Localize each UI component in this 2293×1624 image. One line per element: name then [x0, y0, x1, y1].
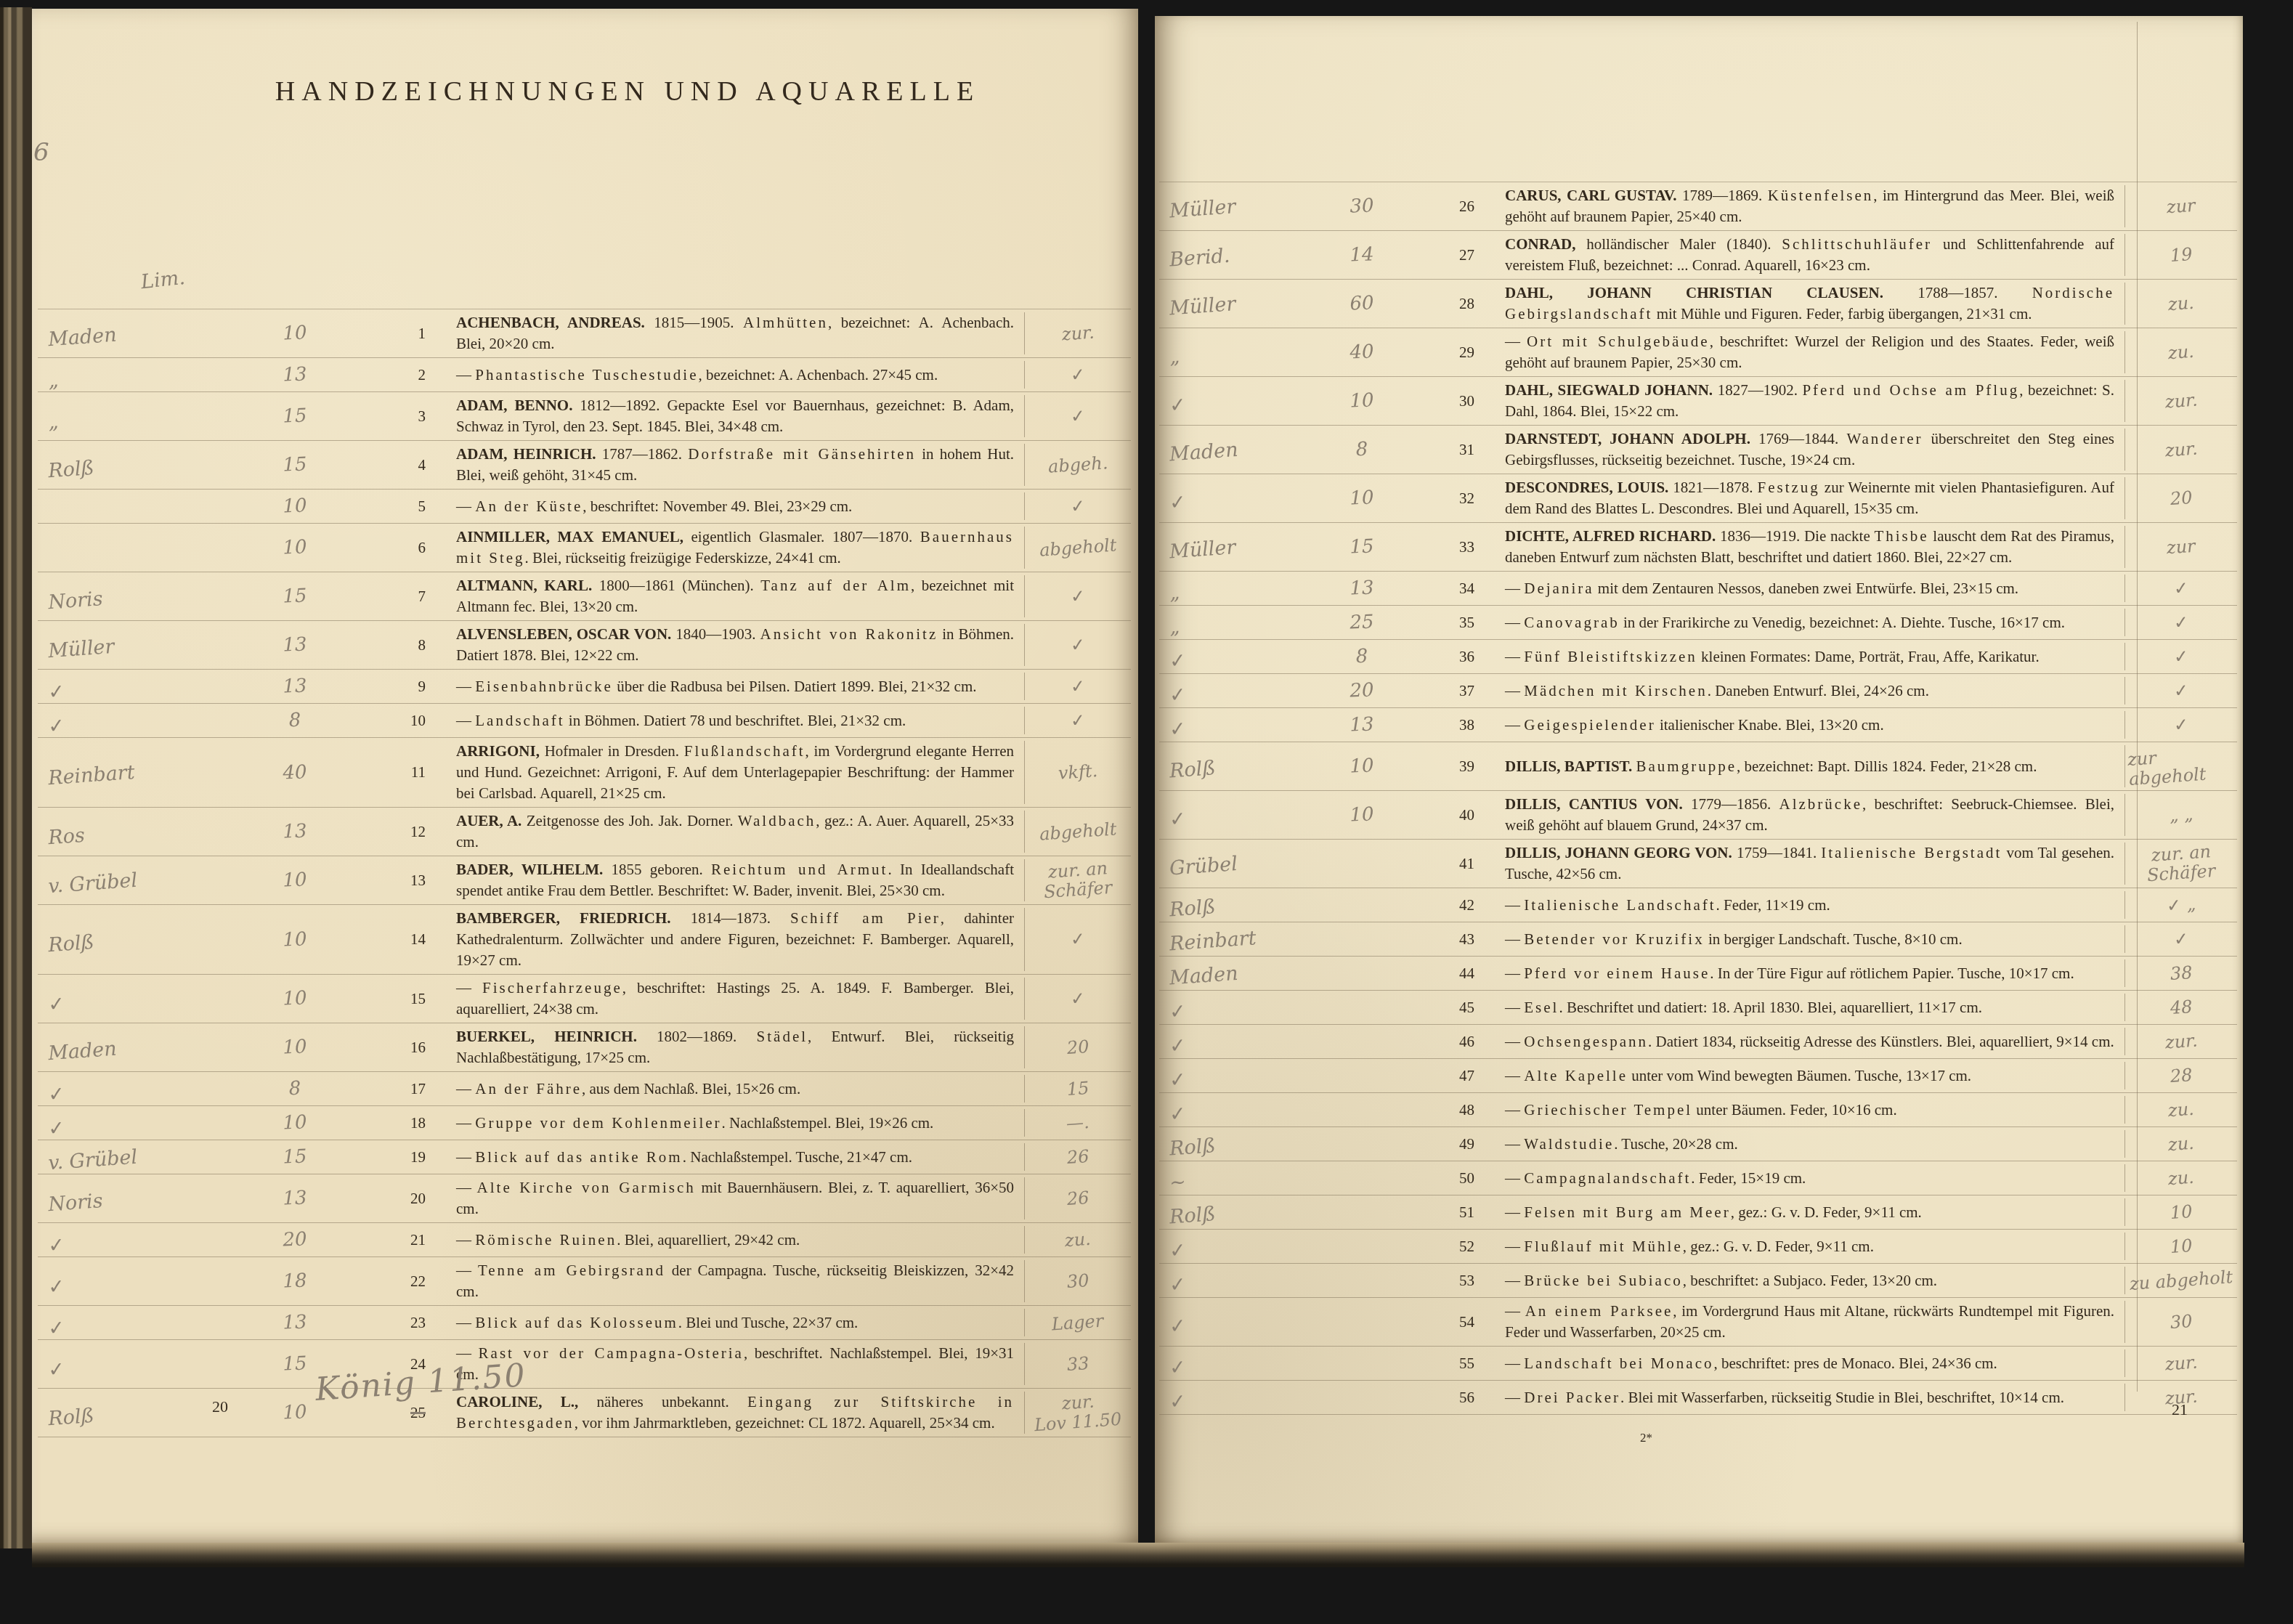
margin-note: 10	[2124, 1198, 2237, 1226]
catalog-entry-row: ✓ 10 18 — Gruppe vor dem Kohlenmeiler. N…	[38, 1106, 1131, 1140]
margin-buyer-name: „	[37, 357, 230, 392]
entry-text: DAHL, SIEGWALD JOHANN. 1827—1902. Pferd …	[1483, 380, 2124, 422]
margin-note-line1: zu.	[2167, 293, 2195, 314]
margin-buyer-name: Maden	[37, 1029, 230, 1065]
margin-price	[1315, 862, 1409, 866]
entry-text: — An einem Parksee, im Vordergrund Haus …	[1483, 1301, 2124, 1343]
entry-number: 18	[360, 1114, 434, 1132]
margin-note-line1: ✓	[2173, 578, 2189, 598]
catalog-entry-row: 10 6 AINMILLER, MAX EMANUEL, eigentlich …	[38, 524, 1131, 572]
margin-price: 8	[230, 1076, 361, 1102]
margin-price: 10	[230, 867, 361, 893]
entry-text: — An der Küste, beschriftet: November 49…	[434, 496, 1024, 517]
margin-note: zur	[2124, 185, 2237, 227]
printer-signature-mark: 2*	[1640, 1431, 1652, 1445]
entry-number: 20	[360, 1190, 434, 1208]
entry-number: 3	[360, 407, 434, 426]
catalog-entry-row: Maden 8 31 DARNSTEDT, JOHANN ADOLPH. 176…	[1159, 426, 2237, 474]
margin-note: 28	[2124, 1062, 2237, 1089]
margin-price	[1315, 1320, 1409, 1324]
margin-buyer-name: Rolß	[37, 1394, 230, 1430]
entry-number: 42	[1409, 896, 1483, 914]
entry-number: 37	[1409, 682, 1483, 700]
margin-note-line1: 48	[2170, 996, 2193, 1018]
margin-price: 8	[1315, 437, 1410, 463]
margin-note-line1: ✓	[2173, 715, 2189, 735]
margin-buyer-name: v. Grübel	[37, 862, 230, 898]
catalog-entry-row: ✓ 53 — Brücke bei Subiaco, beschriftet: …	[1159, 1264, 2237, 1298]
catalog-entry-row: Maden 44 — Pferd vor einem Hause. In der…	[1159, 957, 2237, 991]
entry-number: 10	[360, 712, 434, 730]
entry-number: 4	[360, 456, 434, 474]
margin-price: 25	[1315, 610, 1410, 636]
catalog-entry-row: „ 13 2 — Phantastische Tuschestudie, bez…	[38, 358, 1131, 392]
entry-text: — Flußlauf mit Mühle, gez.: G. v. D. Fed…	[1483, 1236, 2124, 1257]
margin-price: 10	[1315, 754, 1410, 779]
entry-text: ARRIGONI, Hofmaler in Dresden. Flußlands…	[434, 741, 1024, 804]
catalog-entry-row: ✓ 46 — Ochsengespann. Datiert 1834, rück…	[1159, 1025, 2237, 1059]
margin-note-line1: 26	[1066, 1146, 1089, 1167]
entry-text: — Campagnalandschaft. Feder, 15×19 cm.	[1483, 1168, 2124, 1189]
margin-note-line1: ✓	[2173, 681, 2189, 701]
margin-note: zu.	[2124, 283, 2237, 325]
margin-buyer-name: Rolß	[1158, 1195, 1315, 1229]
margin-price: 15	[230, 583, 361, 609]
margin-note: ✓	[1024, 492, 1131, 520]
catalog-entry-row: ✓ 48 — Griechischer Tempel unter Bäumen.…	[1159, 1093, 2237, 1127]
catalog-entry-row: „ 40 29 — Ort mit Schulgebäude, beschrif…	[1159, 328, 2237, 377]
entry-text: DILLIS, BAPTIST. Baumgruppe, bezeichnet:…	[1483, 756, 2124, 777]
catalog-entry-row: „ 13 34 — Dejanira mit dem Zentauren Nes…	[1159, 572, 2237, 606]
margin-buyer-name: ✓	[1158, 1093, 1315, 1126]
margin-buyer-name: Ros	[37, 813, 230, 849]
margin-note-line1: ✓	[2173, 929, 2189, 949]
margin-buyer-name: ✓	[37, 1263, 230, 1299]
entry-number: 15	[360, 990, 434, 1008]
margin-buyer-name: „	[37, 398, 230, 434]
margin-note-line1: zur.	[1061, 322, 1095, 344]
margin-note: ✓	[1024, 624, 1131, 666]
margin-note-line1: zu.	[1064, 1229, 1092, 1250]
margin-buyer-name: ~	[1158, 1161, 1315, 1195]
margin-buyer-name: Maden	[1158, 957, 1315, 990]
entry-number: 9	[360, 678, 434, 696]
margin-note: ✓	[2124, 677, 2237, 705]
margin-note-line1: 19	[2170, 244, 2193, 265]
margin-price: 14	[1315, 243, 1410, 268]
margin-price	[1315, 1245, 1409, 1249]
entry-number: 39	[1409, 758, 1483, 776]
entry-text: — Alte Kapelle unter vom Wind bewegten B…	[1483, 1065, 2124, 1087]
entry-number: 8	[360, 636, 434, 654]
margin-buyer-name: ✓	[37, 668, 230, 704]
margin-buyer-name: Müller	[37, 627, 230, 662]
catalog-entry-row: ✓ 18 22 — Tenne am Gebirgsrand der Campa…	[38, 1257, 1131, 1306]
margin-note-line1: 30	[2170, 1311, 2193, 1332]
entry-number: 55	[1409, 1355, 1483, 1373]
margin-note: 33	[1024, 1343, 1131, 1385]
margin-buyer-name: Müller	[1158, 190, 1315, 223]
catalog-entry-row: Ros 13 12 AUER, A. Zeitgenosse des Joh. …	[38, 808, 1131, 856]
margin-price	[1315, 938, 1409, 941]
entry-number: 12	[360, 823, 434, 841]
margin-buyer-name: ✓	[37, 1222, 230, 1257]
margin-note: ✓	[2124, 711, 2237, 739]
entry-number: 56	[1409, 1389, 1483, 1407]
entry-text: AUER, A. Zeitgenosse des Joh. Jak. Dorne…	[434, 811, 1024, 853]
entry-number: 1	[360, 325, 434, 343]
margin-buyer-name: Maden	[37, 315, 230, 351]
catalog-entry-row: Berid. 14 27 CONRAD, holländischer Maler…	[1159, 231, 2237, 280]
catalog-entry-row: ✓ 8 10 — Landschaft in Böhmen. Datiert 7…	[38, 704, 1131, 738]
margin-note: Lager	[1024, 1309, 1131, 1336]
margin-price: 20	[1315, 678, 1410, 704]
entry-text: BAMBERGER, FRIEDRICH. 1814—1873. Schiff …	[434, 908, 1024, 971]
margin-note: abgeholt	[1024, 811, 1131, 853]
catalog-entry-row: v. Grübel 10 13 BADER, WILHELM. 1855 geb…	[38, 856, 1131, 905]
margin-note: ✓	[1024, 575, 1131, 617]
margin-note: ✓	[2124, 575, 2237, 602]
entry-text: DAHL, JOHANN CHRISTIAN CLAUSEN. 1788—185…	[1483, 283, 2124, 325]
entry-text: ADAM, BENNO. 1812—1892. Gepackte Esel vo…	[434, 395, 1024, 437]
margin-price: 10	[1315, 486, 1410, 511]
margin-price: 10	[230, 493, 361, 519]
margin-price: 10	[1315, 389, 1410, 414]
entry-text: — Canovagrab in der Frarikirche zu Vened…	[1483, 612, 2124, 633]
catalog-entry-row: ✓ 20 21 — Römische Ruinen. Blei, aquarel…	[38, 1223, 1131, 1257]
catalog-entry-row: ✓ 13 23 — Blick auf das Kolosseum. Blei …	[38, 1306, 1131, 1340]
margin-note-line1: ✓	[1070, 676, 1086, 697]
margin-buyer-name: Reinbart	[1158, 922, 1315, 956]
entry-text: — Ort mit Schulgebäude, beschriftet: Wur…	[1483, 331, 2124, 373]
margin-buyer-name: ✓	[37, 1346, 230, 1381]
margin-buyer-name: „	[1158, 606, 1315, 639]
catalog-entry-row: ✓ 10 40 DILLIS, CANTIUS VON. 1779—1856. …	[1159, 791, 2237, 840]
margin-note: 19	[2124, 234, 2237, 276]
entry-number: 50	[1409, 1169, 1483, 1187]
entry-text: — Betender vor Kruzifix in bergiger Land…	[1483, 929, 2124, 950]
margin-note: ✓	[1024, 361, 1131, 389]
margin-note-line1: ✓	[1070, 635, 1086, 655]
entry-text: — Fischerfahrzeuge, beschriftet: Hasting…	[434, 978, 1024, 1020]
margin-price	[1315, 904, 1409, 907]
margin-note-line1: 28	[2170, 1065, 2193, 1086]
margin-note-line1: ✓	[1070, 929, 1086, 949]
margin-price	[1315, 1142, 1409, 1146]
margin-note: ✓	[2124, 609, 2237, 636]
margin-buyer-name: Müller	[1158, 530, 1315, 564]
margin-note-line1: 20	[1066, 1036, 1089, 1057]
margin-buyer-name: ✓	[1158, 1025, 1315, 1058]
margin-note-line1: zur	[2166, 536, 2196, 558]
entry-text: — Brücke bei Subiaco, beschriftet: a Sub…	[1483, 1270, 2124, 1291]
catalog-entry-row: Müller 13 8 ALVENSLEBEN, OSCAR VON. 1840…	[38, 621, 1131, 670]
margin-price: 60	[1315, 291, 1410, 317]
margin-note: zur. an Schäfer	[1024, 859, 1131, 901]
margin-note-line1: —.	[1066, 1112, 1089, 1133]
entry-number: 52	[1409, 1238, 1483, 1256]
margin-note-line1: ✓	[1070, 988, 1086, 1009]
margin-note: 38	[2124, 959, 2237, 987]
margin-buyer-name: Rolß	[37, 447, 230, 482]
margin-buyer-name: Rolß	[37, 922, 230, 957]
entry-number: 54	[1409, 1313, 1483, 1331]
margin-buyer-name: ✓	[1158, 798, 1315, 832]
entry-number: 13	[360, 872, 434, 890]
entry-text: CONRAD, holländischer Maler (1840). Schl…	[1483, 234, 2124, 276]
margin-buyer-name: v. Grübel	[37, 1139, 230, 1174]
entry-number: 41	[1409, 855, 1483, 873]
margin-buyer-name: ✓	[1158, 708, 1315, 742]
margin-note-line1: ✓	[1070, 710, 1086, 731]
catalog-entry-row: Grübel 41 DILLIS, JOHANN GEORG VON. 1759…	[1159, 840, 2237, 888]
catalog-entry-row: Maden 10 1 ACHENBACH, ANDREAS. 1815—1905…	[38, 309, 1131, 358]
catalog-entry-row: ✓ 52 — Flußlauf mit Mühle, gez.: G. v. D…	[1159, 1230, 2237, 1264]
margin-note-line1: zu.	[2167, 1133, 2195, 1154]
margin-price: 30	[1315, 194, 1410, 219]
catalog-entry-row: „ 25 35 — Canovagrab in der Frarikirche …	[1159, 606, 2237, 640]
margin-note: zur.	[2124, 429, 2237, 471]
margin-price: 10	[230, 1034, 361, 1060]
margin-price: 8	[230, 707, 361, 734]
margin-note-line1: zur.	[2164, 1352, 2198, 1374]
margin-buyer-name: ✓	[37, 981, 230, 1016]
entry-number: 36	[1409, 648, 1483, 666]
margin-price: 8	[1315, 644, 1410, 670]
margin-price: 40	[1315, 340, 1410, 365]
entry-number: 43	[1409, 930, 1483, 949]
margin-note: zu.	[1024, 1226, 1131, 1254]
catalog-entry-row: ✓ 54 — An einem Parksee, im Vordergrund …	[1159, 1298, 2237, 1347]
margin-note-line1: 15	[1066, 1078, 1089, 1099]
catalog-entry-row: ✓ 10 30 DAHL, SIEGWALD JOHANN. 1827—1902…	[1159, 377, 2237, 426]
catalog-entry-row: ✓ 13 38 — Geigespielender italienischer …	[1159, 708, 2237, 742]
margin-price	[1315, 1177, 1409, 1180]
entry-text: CARUS, CARL GUSTAV. 1789—1869. Küstenfel…	[1483, 185, 2124, 227]
catalog-entry-row: Rolß 10 14 BAMBERGER, FRIEDRICH. 1814—18…	[38, 905, 1131, 975]
margin-buyer-name: ✓	[1158, 482, 1315, 515]
margin-note: 10	[2124, 1233, 2237, 1260]
entry-text: — Eisenbahnbrücke über die Radbusa bei P…	[434, 676, 1024, 697]
margin-buyer-name	[38, 500, 229, 513]
catalog-entry-row: Rolß 42 — Italienische Landschaft. Feder…	[1159, 888, 2237, 922]
margin-note-line1: Lager	[1051, 1311, 1104, 1334]
entry-text: — Geigespielender italienischer Knabe. B…	[1483, 715, 2124, 736]
margin-price: 15	[230, 403, 361, 429]
entry-text: — Fünf Bleistiftskizzen kleinen Formates…	[1483, 646, 2124, 667]
catalog-entry-row: Maden 10 16 BUERKEL, HEINRICH. 1802—1869…	[38, 1023, 1131, 1072]
page-number-left: 20	[212, 1397, 228, 1416]
margin-note: zur.	[2124, 380, 2237, 422]
entry-text: — Drei Packer. Blei mit Wasserfarben, rü…	[1483, 1387, 2124, 1408]
margin-price	[1315, 1396, 1409, 1400]
catalog-entry-row: Reinbart 40 11 ARRIGONI, Hofmaler in Dre…	[38, 738, 1131, 808]
catalog-entry-row: Müller 60 28 DAHL, JOHANN CHRISTIAN CLAU…	[1159, 280, 2237, 328]
margin-note: zu.	[2124, 1164, 2237, 1192]
entry-number: 21	[360, 1231, 434, 1249]
entry-text: — Felsen mit Burg am Meer, gez.: G. v. D…	[1483, 1202, 2124, 1223]
margin-note-line2: Schäfer	[1043, 878, 1113, 903]
margin-price: 13	[1315, 576, 1410, 601]
entry-text: — Waldstudie. Tusche, 20×28 cm.	[1483, 1134, 2124, 1155]
margin-note-line1: 38	[2170, 962, 2193, 983]
margin-note: zur.	[2124, 1349, 2237, 1377]
entry-text: — Phantastische Tuschestudie, bezeichnet…	[434, 365, 1024, 386]
entry-text: — Ochsengespann. Datiert 1834, rückseiti…	[1483, 1031, 2124, 1052]
margin-note: zu abgeholt	[2124, 1267, 2237, 1294]
margin-note: 15	[1024, 1075, 1131, 1103]
margin-price: 13	[1315, 712, 1410, 738]
entry-text: BUERKEL, HEINRICH. 1802—1869. Städel, En…	[434, 1026, 1024, 1068]
entry-number: 11	[360, 763, 434, 781]
entry-text: — Mädchen mit Kirschen. Daneben Entwurf.…	[1483, 681, 2124, 702]
catalog-entry-row: Noris 13 20 — Alte Kirche von Garmisch m…	[38, 1174, 1131, 1223]
margin-price	[1315, 1006, 1409, 1010]
entry-text: AINMILLER, MAX EMANUEL, eigentlich Glasm…	[434, 527, 1024, 569]
entry-number: 45	[1409, 999, 1483, 1017]
entry-text: — Blick auf das antike Rom. Nachlaßstemp…	[434, 1147, 1024, 1168]
margin-note-line1: zur	[2166, 195, 2196, 217]
margin-price: 10	[1315, 803, 1410, 828]
margin-note-line1: ✓ „	[2166, 894, 2196, 916]
catalog-entry-row: ✓ 10 32 DESCONDRES, LOUIS. 1821—1878. Fe…	[1159, 474, 2237, 523]
entry-number: 23	[360, 1314, 434, 1332]
entry-text: ACHENBACH, ANDREAS. 1815—1905. Almhütten…	[434, 312, 1024, 354]
margin-buyer-name: Grübel	[1158, 847, 1315, 880]
margin-price	[1315, 972, 1409, 975]
entry-number: 44	[1409, 965, 1483, 983]
entry-text: — Tenne am Gebirgsrand der Campagna. Tus…	[434, 1260, 1024, 1302]
margin-note-line1: zu.	[2167, 1099, 2195, 1120]
margin-price: 18	[230, 1268, 361, 1294]
entry-list-left: Maden 10 1 ACHENBACH, ANDREAS. 1815—1905…	[38, 309, 1131, 1437]
margin-buyer-name: ✓	[37, 1105, 230, 1140]
margin-note: zur. an Schäfer	[2124, 843, 2237, 885]
margin-note: abgeh.	[1024, 444, 1131, 486]
margin-note: ✓	[1024, 707, 1131, 734]
entry-text: — Pferd vor einem Hause. In der Türe Fig…	[1483, 963, 2124, 984]
margin-note-line1: ✓	[2173, 612, 2189, 633]
entry-number: 7	[360, 588, 434, 606]
margin-price	[1315, 1108, 1409, 1112]
margin-note-line1: 30	[1066, 1270, 1089, 1291]
margin-note-line1: „ „	[2169, 804, 2193, 825]
margin-note-line1: abgeholt	[1039, 819, 1117, 844]
margin-buyer-name: Reinbart	[37, 755, 230, 790]
margin-note: ✓	[1024, 978, 1131, 1020]
margin-buyer-name: ✓	[37, 1071, 230, 1106]
margin-buyer-name: ✓	[1158, 1347, 1315, 1380]
margin-note-line1: zu.	[2167, 1167, 2195, 1188]
margin-note: —.	[1024, 1109, 1131, 1137]
entry-number: 30	[1409, 392, 1483, 410]
catalog-entry-row: Rolß 15 4 ADAM, HEINRICH. 1787—1862. Dor…	[38, 441, 1131, 490]
margin-note: 20	[2124, 477, 2237, 519]
margin-note-line1: 33	[1066, 1353, 1089, 1374]
catalog-entry-row: v. Grübel 15 19 — Blick auf das antike R…	[38, 1140, 1131, 1174]
margin-price	[1315, 1362, 1409, 1365]
catalog-entry-row: „ 15 3 ADAM, BENNO. 1812—1892. Gepackte …	[38, 392, 1131, 441]
catalog-entry-row: Rolß 10 39 DILLIS, BAPTIST. Baumgruppe, …	[1159, 742, 2237, 791]
catalog-entry-row: ✓ 15 24 — Rast vor der Campagna-Osteria,…	[38, 1340, 1131, 1389]
margin-note-line1: 20	[2170, 487, 2193, 508]
entry-number: 33	[1409, 538, 1483, 556]
catalog-entry-row: Noris 15 7 ALTMANN, KARL. 1800—1861 (Mün…	[38, 572, 1131, 621]
margin-buyer-name: Rolß	[1158, 1127, 1315, 1161]
margin-buyer-name: Noris	[37, 1180, 230, 1216]
catalog-entry-row: ✓ 8 36 — Fünf Bleistiftskizzen kleinen F…	[1159, 640, 2237, 674]
margin-buyer-name: Rolß	[1158, 750, 1315, 783]
entry-text: — Gruppe vor dem Kohlenmeiler. Nachlaßst…	[434, 1113, 1024, 1134]
entry-text: ALTMANN, KARL. 1800—1861 (München). Tanz…	[434, 575, 1024, 617]
margin-note-line1: ✓	[1070, 365, 1086, 385]
catalog-entry-row: Müller 15 33 DICHTE, ALFRED RICHARD. 183…	[1159, 523, 2237, 572]
margin-price: 15	[230, 452, 361, 478]
entry-number: 17	[360, 1080, 434, 1098]
margin-note: zu.	[2124, 331, 2237, 373]
margin-price	[1315, 1211, 1409, 1214]
entry-number: 46	[1409, 1033, 1483, 1051]
margin-note: ✓	[1024, 395, 1131, 437]
margin-note: zu.	[2124, 1130, 2237, 1158]
margin-buyer-name: ✓	[1158, 991, 1315, 1024]
entry-number: 2	[360, 366, 434, 384]
margin-note-line1: zur.	[2164, 1031, 2198, 1052]
margin-price: 10	[230, 986, 361, 1012]
margin-buyer-name: „	[1158, 336, 1315, 369]
entry-number: 25	[360, 1404, 434, 1422]
margin-note: 30	[1024, 1260, 1131, 1302]
margin-price: 20	[230, 1227, 361, 1253]
entry-number: 32	[1409, 490, 1483, 508]
margin-note-line1: ✓	[1070, 496, 1086, 516]
margin-price: 10	[230, 320, 361, 346]
margin-price: 10	[230, 535, 361, 561]
catalog-entry-row: ✓ 45 — Esel. Beschriftet und datiert: 18…	[1159, 991, 2237, 1025]
entry-list-right: Müller 30 26 CARUS, CARL GUSTAV. 1789—18…	[1159, 182, 2237, 1415]
margin-note-line1: 10	[2170, 1201, 2193, 1222]
entry-number: 29	[1409, 344, 1483, 362]
entry-number: 35	[1409, 614, 1483, 632]
margin-note: zu.	[2124, 1096, 2237, 1124]
margin-buyer-name: ✓	[1158, 1230, 1315, 1263]
entry-number: 48	[1409, 1101, 1483, 1119]
margin-buyer-name: „	[1158, 572, 1315, 605]
margin-buyer-name: Maden	[1158, 433, 1315, 466]
margin-note-line1: zu.	[2167, 341, 2195, 362]
entry-number: 19	[360, 1148, 434, 1166]
margin-buyer-name	[38, 541, 229, 554]
margin-price: 15	[1315, 535, 1410, 560]
margin-buyer-name: ✓	[1158, 384, 1315, 418]
page-stack-edge-bottom	[32, 1543, 2244, 1567]
margin-note-line1: ✓	[1070, 406, 1086, 426]
catalog-entry-row: ✓ 13 9 — Eisenbahnbrücke über die Radbus…	[38, 670, 1131, 704]
page-title: HANDZEICHNUNGEN UND AQUARELLE	[235, 76, 1020, 107]
margin-price: 10	[230, 926, 361, 952]
margin-buyer-name: ✓	[1158, 1381, 1315, 1414]
handwritten-top-note: Lim.	[140, 267, 187, 293]
entry-text: — Italienische Landschaft. Feder, 11×19 …	[1483, 895, 2124, 916]
margin-buyer-name: ✓	[1158, 1059, 1315, 1092]
margin-price: 13	[230, 362, 361, 388]
entry-number: 16	[360, 1039, 434, 1057]
margin-price: 13	[230, 1310, 361, 1336]
margin-price: 10	[230, 1110, 361, 1136]
entry-text: DICHTE, ALFRED RICHARD. 1836—1919. Die n…	[1483, 526, 2124, 568]
page-number-right: 21	[2172, 1400, 2188, 1419]
margin-buyer-name: Berid.	[1158, 238, 1315, 272]
